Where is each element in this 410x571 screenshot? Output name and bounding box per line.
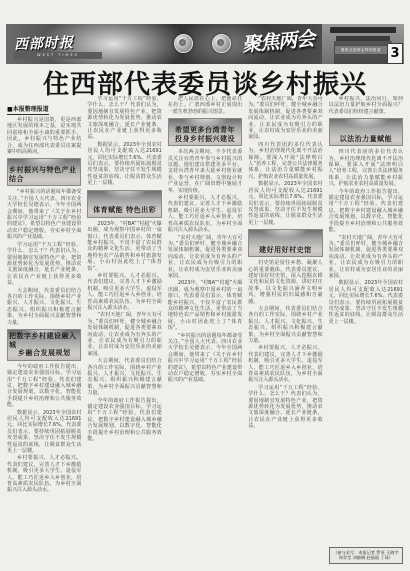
section-header: 乡村振兴与特色产业结合 (7, 158, 81, 186)
credit-box: （参与采写：本报记者 罗英 王晓宇 周青莹 刘晓琳 赵丽丽 丁琦） (329, 547, 403, 564)
section-header-line: 投身乡村振兴建设 (175, 135, 235, 144)
columns: ■本报整理报道乡村振兴是国策，更是西部地区发展的根本之基，是实现共同富裕和全面小… (7, 96, 403, 564)
body-paragraph: 今年的政府工作报告提出，锚定建设农业强国目标，学习运用“千万工程”经验。代表们建… (87, 398, 161, 443)
body-paragraph: 大会期间，代表委员们结合各自的工作实际，围绕乡村产业振兴、人才振兴、文化振兴、生… (87, 358, 161, 396)
section-header-line: 希望更多台湾青年 (175, 126, 235, 135)
body-paragraph: “农村天地广阔，青年大有可为。”委员们呼吁，健全城乡融合发展体制机制，促进各类要… (168, 235, 242, 280)
section-header: 以法治力量赋能 (329, 118, 403, 146)
logo-subtitle-strip: WEST TIMES (14, 52, 102, 59)
body-paragraph: “农村天地广阔，青年大有可为。”委员们呼吁，健全城乡融合发展体制机制，促进各类要… (329, 235, 403, 280)
section-header-line: 建好用好村史馆 (259, 246, 312, 255)
news-column: “农村天地广阔，青年大有可为。”委员们呼吁，健全城乡融合发展体制机制，促进各类要… (248, 96, 322, 564)
body-paragraph: 数据显示，2023年全国农村居民人均可支配收入达21691元，同比实际增长7.6… (248, 181, 322, 226)
section-header-line: 以法治力量赋能 (340, 135, 393, 144)
body-paragraph: 学习运用“千万工程”经验，学什么、怎么干？代表们认为，要因地制宜发展特色产业，把… (7, 242, 81, 287)
body-paragraph: “农村天地广阔，青年大有可为。”委员们呼吁，健全城乡融合发展体制机制，促进各类要… (248, 96, 322, 141)
section-header-line: 乡村振兴与特色产业结合 (9, 166, 79, 183)
section-header: 把数字乡村建设融入城乡融合发展规划 (7, 329, 81, 361)
newspaper-page: 西部时报 WEST TIMES 聚焦两会 聚焦全国两会特别报道 3 住西部代表委… (0, 0, 410, 571)
news-column: 把人民放在心上，把使命扛在肩上。广袤西部乡村正展现出一派生机勃勃的振兴图景。希望… (168, 96, 242, 564)
body-paragraph: 今年的政府工作报告提出，锚定建设农业强国目标，学习运用“千万工程”经验。代表们建… (7, 364, 81, 409)
body-paragraph: 数据显示，2023年全国农村居民人均可支配收入达21691元，同比实际增长7.6… (329, 280, 403, 325)
body-paragraph: 乡村要振兴，人才必振兴。代表们建议，完善人才下乡激励机制，吸引更多大学生、退役军… (87, 273, 161, 311)
body-paragraph: 学习运用“千万工程”经验，学什么、怎么干？代表们认为，要因地制宜发展特色产业，把… (87, 96, 161, 141)
body-paragraph: 四川代表团的多位代表认为，乡村治理现代化离不开法治保障。要深入开展“法律明白人”… (329, 149, 403, 187)
body-paragraph: “乡村振兴的话题每年都备受关注。”全国人大代表、四川农业大学校长吴德表示，今年全… (7, 189, 81, 240)
body-paragraph: 乡村要振兴，人才必振兴。代表们建议，完善人才下乡激励机制，吸引更多大学生、退役军… (168, 195, 242, 233)
section-header: 建好用好村史馆 (248, 229, 322, 257)
body-paragraph: 学习运用“千万工程”经验，学什么、怎么干？代表们认为，要因地制宜发展特色产业，把… (248, 385, 322, 430)
body-paragraph: 四川代表团的多位代表认为，乡村治理现代化离不开法治保障。要深入开展“法律明白人”… (248, 142, 322, 180)
body-paragraph: “农村天地广阔，青年大有可为。”委员们呼吁，健全城乡融合发展体制机制，促进各类要… (87, 312, 161, 357)
body-paragraph: 村史馆是留住乡愁、凝聚人心的重要载体。代表委员建议，建好用好村史馆，深入挖掘农耕… (248, 260, 322, 305)
body-paragraph: 数据显示，2023年全国农村居民人均可支配收入达21691元，同比实际增长7.6… (7, 410, 81, 455)
section-header-line: 乡融合发展规划 (18, 349, 71, 358)
newspaper-logo: 西部时报 (14, 32, 75, 54)
banner-calligraphy-title: 聚焦两会 (241, 24, 315, 57)
body-paragraph: 乡村要振兴，人才必振兴。代表们建议，完善人才下乡激励机制，吸引更多大学生、退役军… (7, 455, 81, 493)
body-paragraph: 大会期间，代表委员们结合各自的工作实际，围绕乡村产业振兴、人才振兴、文化振兴、生… (7, 288, 81, 326)
body-paragraph: 2023年，“村BA”“村超”火爆出圈，成为观察中国乡村的一扇窗口。代表委员们表… (168, 280, 242, 331)
body-paragraph: 把人民放在心上，把使命扛在肩上。广袤西部乡村正展现出一派生机勃勃的振兴图景。 (168, 96, 242, 115)
body-paragraph: 2023年，“村BA”“村超”火爆出圈，成为观察中国乡村的一扇窗口。代表委员们表… (87, 221, 161, 272)
news-column: ■本报整理报道乡村振兴是国策，更是西部地区发展的根本之基，是实现共同富裕和全面小… (7, 96, 81, 564)
news-column: 乡村振兴，法治同行。如何以法治力量护航乡村全面振兴？代表委员们纷纷建言献策。以法… (329, 96, 403, 564)
masthead-photo-strip: 西部时报 WEST TIMES 聚焦两会 聚焦全国两会特别报道 3 (6, 24, 404, 64)
body-paragraph: 数据显示，2023年全国农村居民人均可支配收入达21691元，同比实际增长7.6… (87, 142, 161, 187)
section-header: 希望更多台湾青年投身乡村振兴建设 (168, 118, 242, 146)
slogan-banner: 聚焦全国两会特别报道 (334, 45, 388, 55)
body-paragraph: 乡村振兴，法治同行。如何以法治力量护航乡村全面振兴？代表委员们纷纷建言献策。 (329, 96, 403, 115)
body-paragraph: “乡村振兴的话题每年都备受关注。”全国人大代表、四川农业大学校长吴德表示，今年全… (168, 333, 242, 384)
national-emblem-icon (174, 34, 193, 53)
section-header-line: 体育赋能 特色出彩 (93, 206, 156, 215)
body-paragraph: 本次两会期间，不少代表委员关注台湾青年参与乡村振兴的议题。他们建议搭建更多平台，… (168, 149, 242, 194)
cppcc-emblem-icon (212, 34, 231, 53)
byline-marker: ■本报整理报道 (7, 104, 49, 115)
body-paragraph: 大会期间，代表委员们结合各自的工作实际，围绕乡村产业振兴、人才振兴、文化振兴、生… (248, 306, 322, 344)
page-number-badge: 3 (387, 43, 403, 64)
body-paragraph: 乡村振兴是国策，更是西部地区发展的根本之基，是实现共同富裕和全面小康的重要抓手。… (7, 117, 81, 155)
section-header: 体育赋能 特色出彩 (87, 190, 161, 218)
news-column: 学习运用“千万工程”经验，学什么、怎么干？代表们认为，要因地制宜发展特色产业，把… (87, 96, 161, 564)
section-header-line: 把数字乡村建设融入城 (9, 332, 79, 349)
body-paragraph: 今年的政府工作报告提出，锚定建设农业强国目标，学习运用“千万工程”经验。代表们建… (329, 189, 403, 234)
body-paragraph: 乡村要振兴，人才必振兴。代表们建议，完善人才下乡激励机制，吸引更多大学生、退役军… (248, 345, 322, 383)
tiananmen-roof (330, 27, 396, 33)
